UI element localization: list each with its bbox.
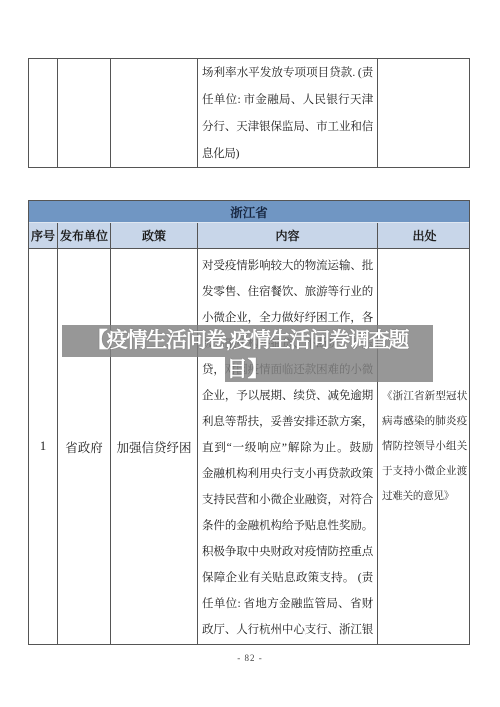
row-policy: 加强信贷纾困 [111,249,198,644]
column-header-policy: 政策 [111,223,198,248]
document-page: 场利率水平发放专项项目贷款. (责任单位: 市金融局、人民银行天津分行、天津银保… [0,0,500,707]
table-row: 1 省政府 加强信贷纾困 对受疫情影响较大的物流运输、批发零售、住宿餐饮、旅游等… [29,249,469,644]
table-row: 场利率水平发放专项项目贷款. (责任单位: 市金融局、人民银行天津分行、天津银保… [29,59,469,167]
row-content: 对受疫情影响较大的物流运输、批发零售、住宿餐饮、旅游等行业的小微企业，全力做好纾… [198,249,378,644]
table-header-row: 序号 发布单位 政策 内容 出处 [29,223,469,249]
overlay-title-line2: 目】 [62,357,433,382]
page-number: - 82 - [0,653,500,663]
top-cell-index [29,59,58,167]
row-index: 1 [29,249,58,644]
top-cell-unit [58,59,111,167]
table-title: 浙江省 [29,201,469,223]
row-source: 《浙江省新型冠状病毒感染的肺炎疫情防控领导小组关于支持小微企业渡过难关的意见》 [378,249,471,644]
overlay-title: 【疫情生活问卷,疫情生活问卷调查题 目】 [62,325,433,382]
column-header-index: 序号 [29,223,58,248]
zhejiang-table: 浙江省 序号 发布单位 政策 内容 出处 1 省政府 加强信贷纾困 对受疫情影响… [28,200,470,645]
top-cell-policy [111,59,198,167]
top-cell-content: 场利率水平发放专项项目贷款. (责任单位: 市金融局、人民银行天津分行、天津银保… [198,59,378,167]
column-header-content: 内容 [198,223,378,248]
column-header-source: 出处 [378,223,471,248]
row-unit: 省政府 [58,249,111,644]
column-header-unit: 发布单位 [58,223,111,248]
overlay-title-line1: 【疫情生活问卷,疫情生活问卷调查题 [62,325,433,357]
watermark-overlay: 【疫情生活问卷,疫情生活问卷调查题 目】 [62,325,433,382]
top-cell-source [378,59,471,167]
top-table: 场利率水平发放专项项目贷款. (责任单位: 市金融局、人民银行天津分行、天津银保… [28,58,470,168]
